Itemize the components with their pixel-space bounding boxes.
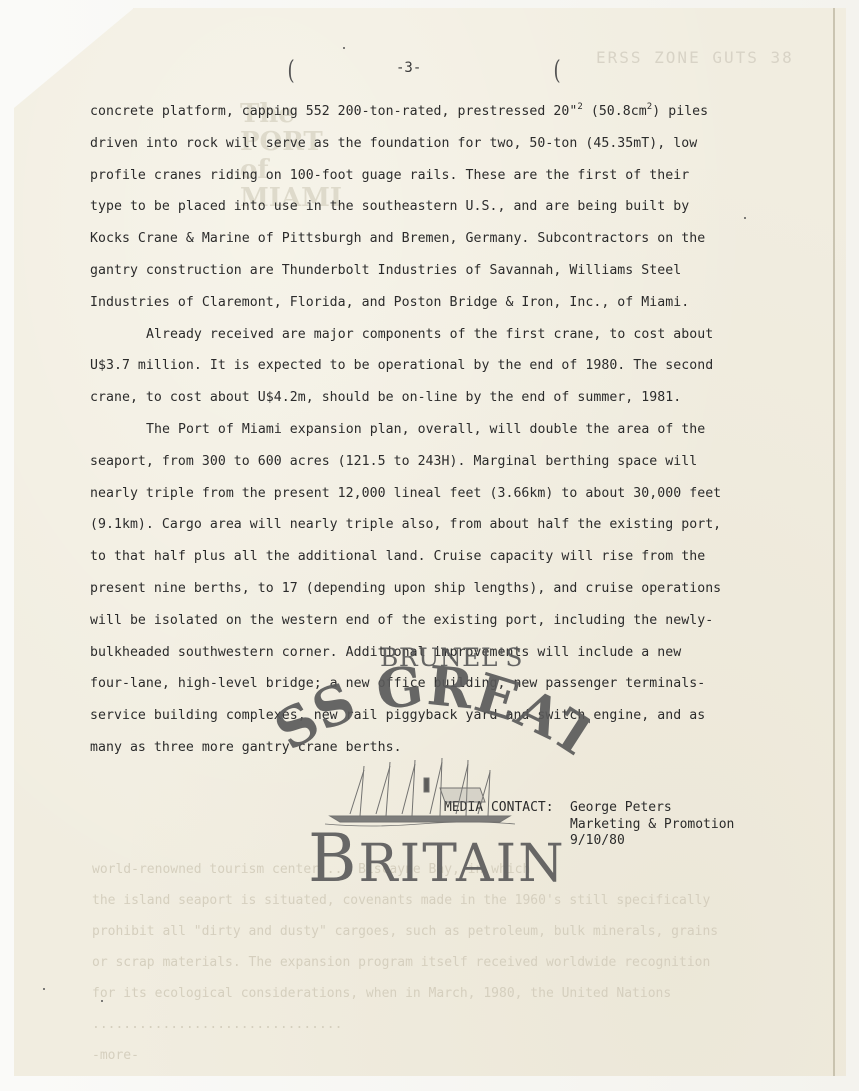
hole-punch-mark-right: ( [554,56,561,86]
paragraph-start-line: Already received are major components of… [90,319,790,351]
dust-speck [43,988,45,990]
text-line: many as three more gantry crane berths. [90,732,790,764]
media-contact-details: George Peters Marketing & Promotion 9/10… [570,800,734,850]
text-line: profile cranes riding on 100-foot guage … [90,160,790,192]
bleed-line: prohibit all "dirty and dusty" cargoes, … [92,924,742,955]
document-body: concrete platform, capping 552 200-ton-r… [90,96,790,764]
bleed-through-stamp: ERSS ZONE GUTS 38 [596,48,794,67]
text-line: Kocks Crane & Marine of Pittsburgh and B… [90,223,790,255]
dust-speck [744,217,746,219]
dust-speck [343,47,345,49]
text-line: (9.1km). Cargo area will nearly triple a… [90,509,790,541]
text-line: nearly triple from the present 12,000 li… [90,478,790,510]
text-line: will be isolated on the western end of t… [90,605,790,637]
dust-speck [101,1000,103,1002]
bleed-line: the island seaport is situated, covenant… [92,893,742,924]
paper-right-edge [833,8,835,1076]
text-line: Industries of Claremont, Florida, and Po… [90,287,790,319]
text-line: bulkheaded southwestern corner. Addition… [90,637,790,669]
text-line: crane, to cost about U$4.2m, should be o… [90,382,790,414]
text-line: U$3.7 million. It is expected to be oper… [90,350,790,382]
bleed-line: world-renowned tourism center ... Biscay… [92,862,742,893]
media-contact-label: MEDIA CONTACT: [444,800,570,850]
paragraph-start-line: The Port of Miami expansion plan, overal… [90,414,790,446]
bleed-line: or scrap materials. The expansion progra… [92,955,742,986]
text-line: seaport, from 300 to 600 acres (121.5 to… [90,446,790,478]
text-line: service building complexes, new rail pig… [90,700,790,732]
contact-title: Marketing & Promotion [570,817,734,834]
text-line: driven into rock will serve as the found… [90,128,790,160]
bleed-line: -more- [92,1048,742,1079]
media-contact-block: MEDIA CONTACT: George Peters Marketing &… [444,800,734,850]
text-line: concrete platform, capping 552 200-ton-r… [90,96,790,128]
text-line: present nine berths, to 17 (depending up… [90,573,790,605]
hole-punch-mark-left: ( [288,56,295,86]
text-line: type to be placed into use in the southe… [90,191,790,223]
contact-date: 9/10/80 [570,833,734,850]
bleed-line: for its ecological considerations, when … [92,986,742,1017]
page-number: -3- [396,60,421,76]
text-line: to that half plus all the additional lan… [90,541,790,573]
bleed-line: ................................ [92,1017,742,1048]
bleed-through-text: world-renowned tourism center ... Biscay… [92,862,742,1079]
text-line: four-lane, high-level bridge; a new offi… [90,668,790,700]
contact-name: George Peters [570,800,734,817]
text-line: gantry construction are Thunderbolt Indu… [90,255,790,287]
